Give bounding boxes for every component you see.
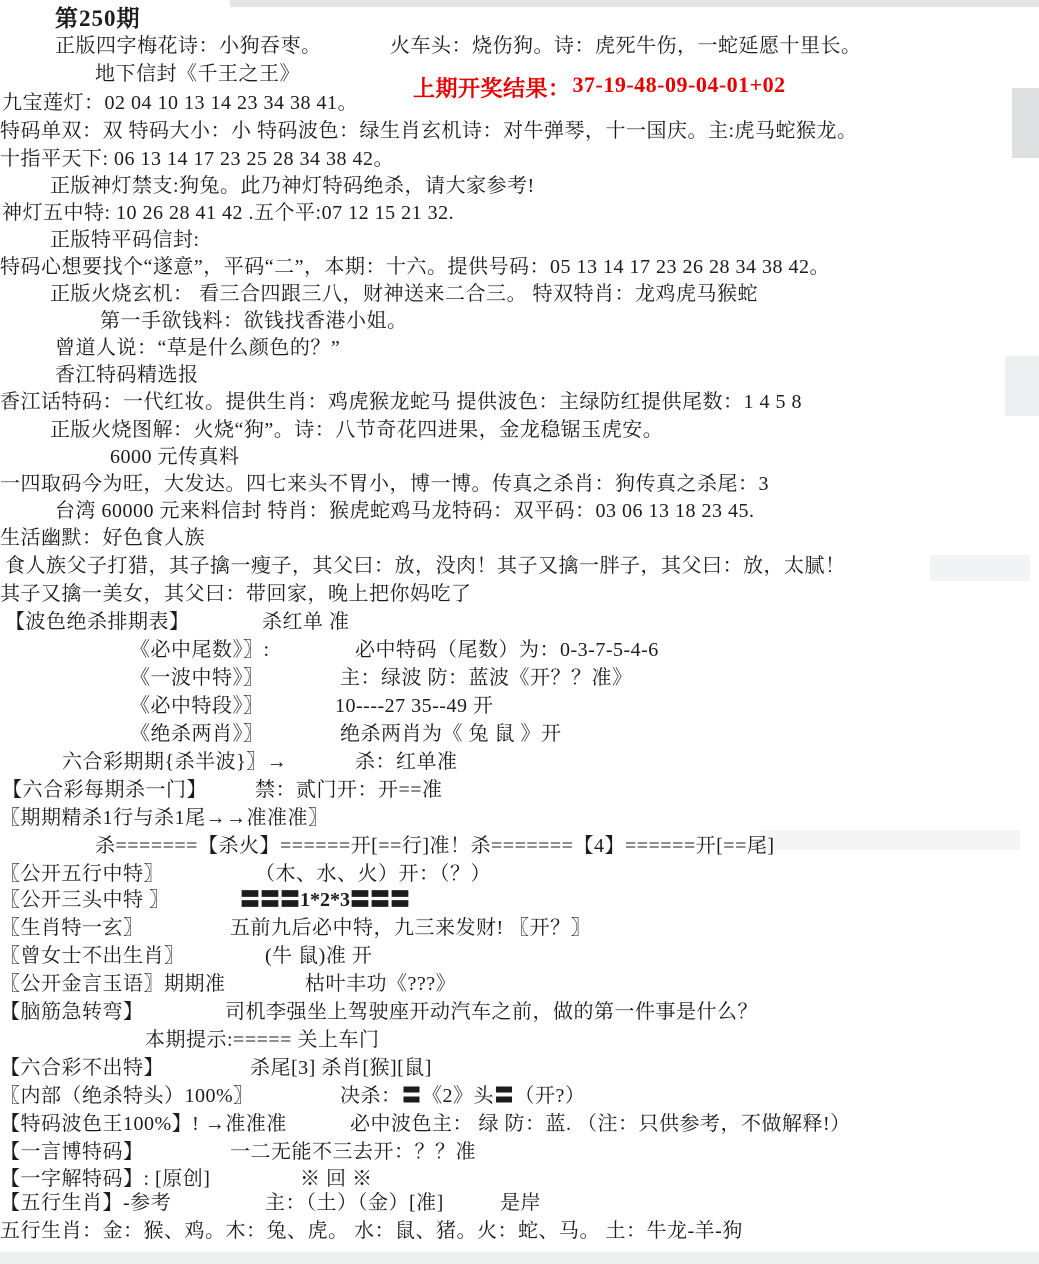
zengdaoren-quote: 曾道人说：“草是什么颜色的？”: [55, 335, 340, 361]
ten-fingers-line: 十指平天下: 06 13 14 17 23 25 28 34 38 42。: [0, 146, 394, 172]
five-element-zodiac-note: 是岸: [500, 1190, 541, 1216]
fire-mystery-line: 正版火烧玄机： 看三合四跟三八，财神送来二合三。 特双特肖：龙鸡虎马猴蛇: [50, 281, 758, 307]
scan-artifact: [230, 0, 1039, 7]
zodiac-mystery-label: 〖生肖特一玄〗: [0, 915, 144, 941]
must-hit-tail-label: 《必中尾数》〗:: [130, 637, 270, 663]
fire-diagram-line: 正版火烧图解：火烧“狗”。诗：八节奇花四进果，金龙稳锯玉虎安。: [50, 417, 663, 443]
humor-line-1: 食人族父子打猎，其子擒一瘦子，其父曰：放，没肉！其子又擒一胖子，其父曰：放，太腻…: [5, 553, 846, 579]
scan-artifact: [1012, 88, 1039, 158]
brain-teaser-answer: 本期提示:===== 关上车门: [145, 1027, 379, 1053]
plum-poem-line: 正版四字梅花诗：小狗吞枣。: [55, 33, 322, 59]
scan-artifact: [930, 555, 1030, 581]
one-word-bet-value: 一二无能不三去开：？？准: [230, 1139, 476, 1165]
golden-words-value: 枯叶丰功《???》: [305, 971, 456, 997]
train-head-poem: 火车头：烧伤狗。诗：虎死牛伤，一蛇延愿十里长。: [390, 33, 862, 59]
wave-kill-table-note: 杀红单 准: [262, 609, 350, 635]
internal-kill-head-label: 〖内部（绝杀特头）100%〗: [0, 1083, 254, 1109]
life-humor-title: 生活幽默：好色食人族: [0, 525, 205, 551]
kill-one-gate-value: 禁：贰门开：开==准: [255, 777, 443, 803]
kill-fire-line: 杀=======【杀火】======开[==行]准！杀=======【4】===…: [95, 833, 775, 859]
half-wave-value: 杀：红单准: [355, 749, 458, 775]
no-special-value: 杀尾[3] 杀肖[猴][鼠]: [250, 1055, 432, 1081]
internal-kill-head-value: 决杀：〓《2》头〓（开?）: [340, 1083, 585, 1109]
must-hit-segment-value: 10----27 35--49 开: [335, 693, 493, 719]
one-word-solve-label: 【一字解特码】: [原创]: [0, 1166, 210, 1192]
one-four-code-line: 一四取码今为旺，大发达。四七来头不胃小，博一博。传真之杀肖：狗传真之杀尾：3: [0, 471, 769, 497]
one-word-bet-label: 【一言博特码】: [0, 1139, 144, 1165]
five-elements-label: 〖公开五行中特〗: [0, 861, 164, 887]
precise-kill-title: 〖期期精杀1行与杀1尾→→准准准〗: [0, 805, 329, 831]
kill-two-zodiac-value: 绝杀两肖为《 兔 鼠 》开: [340, 721, 562, 747]
three-heads-label: 〖公开三头中特 〗: [0, 887, 170, 913]
last-draw-result-numbers: 37-19-48-09-04-01+02: [573, 72, 786, 103]
flat-envelope-title: 正版特平码信封:: [50, 227, 200, 253]
golden-words-label: 〖公开金言玉语〗期期准: [0, 971, 226, 997]
one-word-solve-value: ※ 回 ※: [300, 1166, 373, 1192]
five-elements-zodiac-full: 五行生肖：金：猴、鸡。木：兔、虎。 水：鼠、猪。火：蛇、马。 土：牛龙-羊-狗: [0, 1218, 743, 1244]
wave-kill-table-title: 【波色绝杀排期表】: [5, 609, 190, 635]
no-special-label: 【六合彩不出特】: [0, 1055, 164, 1081]
kill-two-zodiac-label: 《绝杀两肖》〗: [130, 721, 264, 747]
last-draw-result-label: 上期开奖结果：: [413, 72, 571, 103]
wave-king-label: 【特码波色王100%】! →准准准: [0, 1111, 287, 1137]
madam-zeng-value: (牛 鼠)准 开: [265, 943, 372, 969]
xiangjiang-report-title: 香江特码精选报: [55, 362, 199, 388]
flat-code-line: 特码心想要找个“遂意”，平码“二”，本期：十六。提供号码：05 13 14 17…: [0, 254, 830, 280]
first-money-line: 第一手欲钱料：欲钱找香港小姐。: [100, 308, 408, 334]
kill-one-gate-label: 【六合彩每期杀一门】: [2, 777, 207, 803]
half-wave-label: 六合彩期期{杀半波}〗→: [62, 749, 287, 775]
scan-artifact: [0, 1252, 1039, 1264]
tip-sheet-page: 第250期 正版四字梅花诗：小狗吞枣。 火车头：烧伤狗。诗：虎死牛伤，一蛇延愿十…: [0, 0, 1039, 1264]
madam-zeng-label: 〖曾女士不出生肖〗: [0, 943, 185, 969]
brain-teaser-question: 司机李强坐上驾驶座开动汽车之前，做的第一件事是什么？: [225, 999, 758, 1025]
humor-line-2: 其子又擒一美女，其父曰：带回家，晚上把你妈吃了: [0, 581, 472, 607]
brain-teaser-label: 【脑筋急转弯】: [0, 999, 144, 1025]
special-odd-even-line: 特码单双：双 特码大小：小 特码波色：绿生肖玄机诗：对牛弹琴，十一国庆。主:虎马…: [0, 118, 858, 144]
wave-king-value: 必中波色主： 绿 防：蓝. （注：只供参考，不做解释!）: [350, 1111, 851, 1137]
must-hit-segment-label: 《必中特段》〗: [130, 693, 264, 719]
five-elements-value: （木、水、火）开：（？）: [255, 861, 491, 887]
zodiac-mystery-value: 五前九后必中特，九三来发财! 〖开？〗: [230, 915, 591, 941]
scan-artifact: [1005, 356, 1039, 416]
must-hit-tail-value: 必中特码（尾数）为：0-3-7-5-4-6: [355, 637, 659, 663]
magic-lamp-ban-line: 正版神灯禁支:狗兔。此乃神灯特码绝杀，请大家参考!: [50, 173, 535, 199]
scan-artifact: [760, 830, 1020, 850]
five-element-zodiac-value: 主：（土）（金）[准]: [265, 1190, 444, 1216]
fax-6000-line: 6000 元传真料: [110, 444, 240, 470]
last-draw-result: 上期开奖结果： 37-19-48-09-04-01+02: [413, 72, 786, 103]
five-element-zodiac-label: 【五行生肖】-参考: [0, 1190, 171, 1216]
xiangjiang-special-line: 香江话特码：一代红妆。提供生肖：鸡虎猴龙蛇马 提供波色：主绿防红提供尾数：1 4…: [0, 389, 802, 415]
nine-treasure-lotus: 九宝莲灯：02 04 10 13 14 23 34 38 41。: [2, 90, 358, 116]
three-heads-value: 〓〓〓1*2*3〓〓〓: [240, 887, 410, 913]
magic-lamp-five-line: 神灯五中特: 10 26 28 41 42 .五个平:07 12 15 21 3…: [2, 200, 454, 226]
issue-title: 第250期: [55, 6, 141, 32]
one-wave-value: 主：绿波 防：蓝波《开？？准》: [340, 665, 633, 691]
underground-envelope: 地下信封《千王之王》: [95, 61, 300, 87]
one-wave-label: 《一波中特》〗: [130, 665, 264, 691]
taiwan-60000-line: 台湾 60000 元来料信封 特肖：猴虎蛇鸡马龙特码：双平码：03 06 13 …: [55, 498, 755, 524]
